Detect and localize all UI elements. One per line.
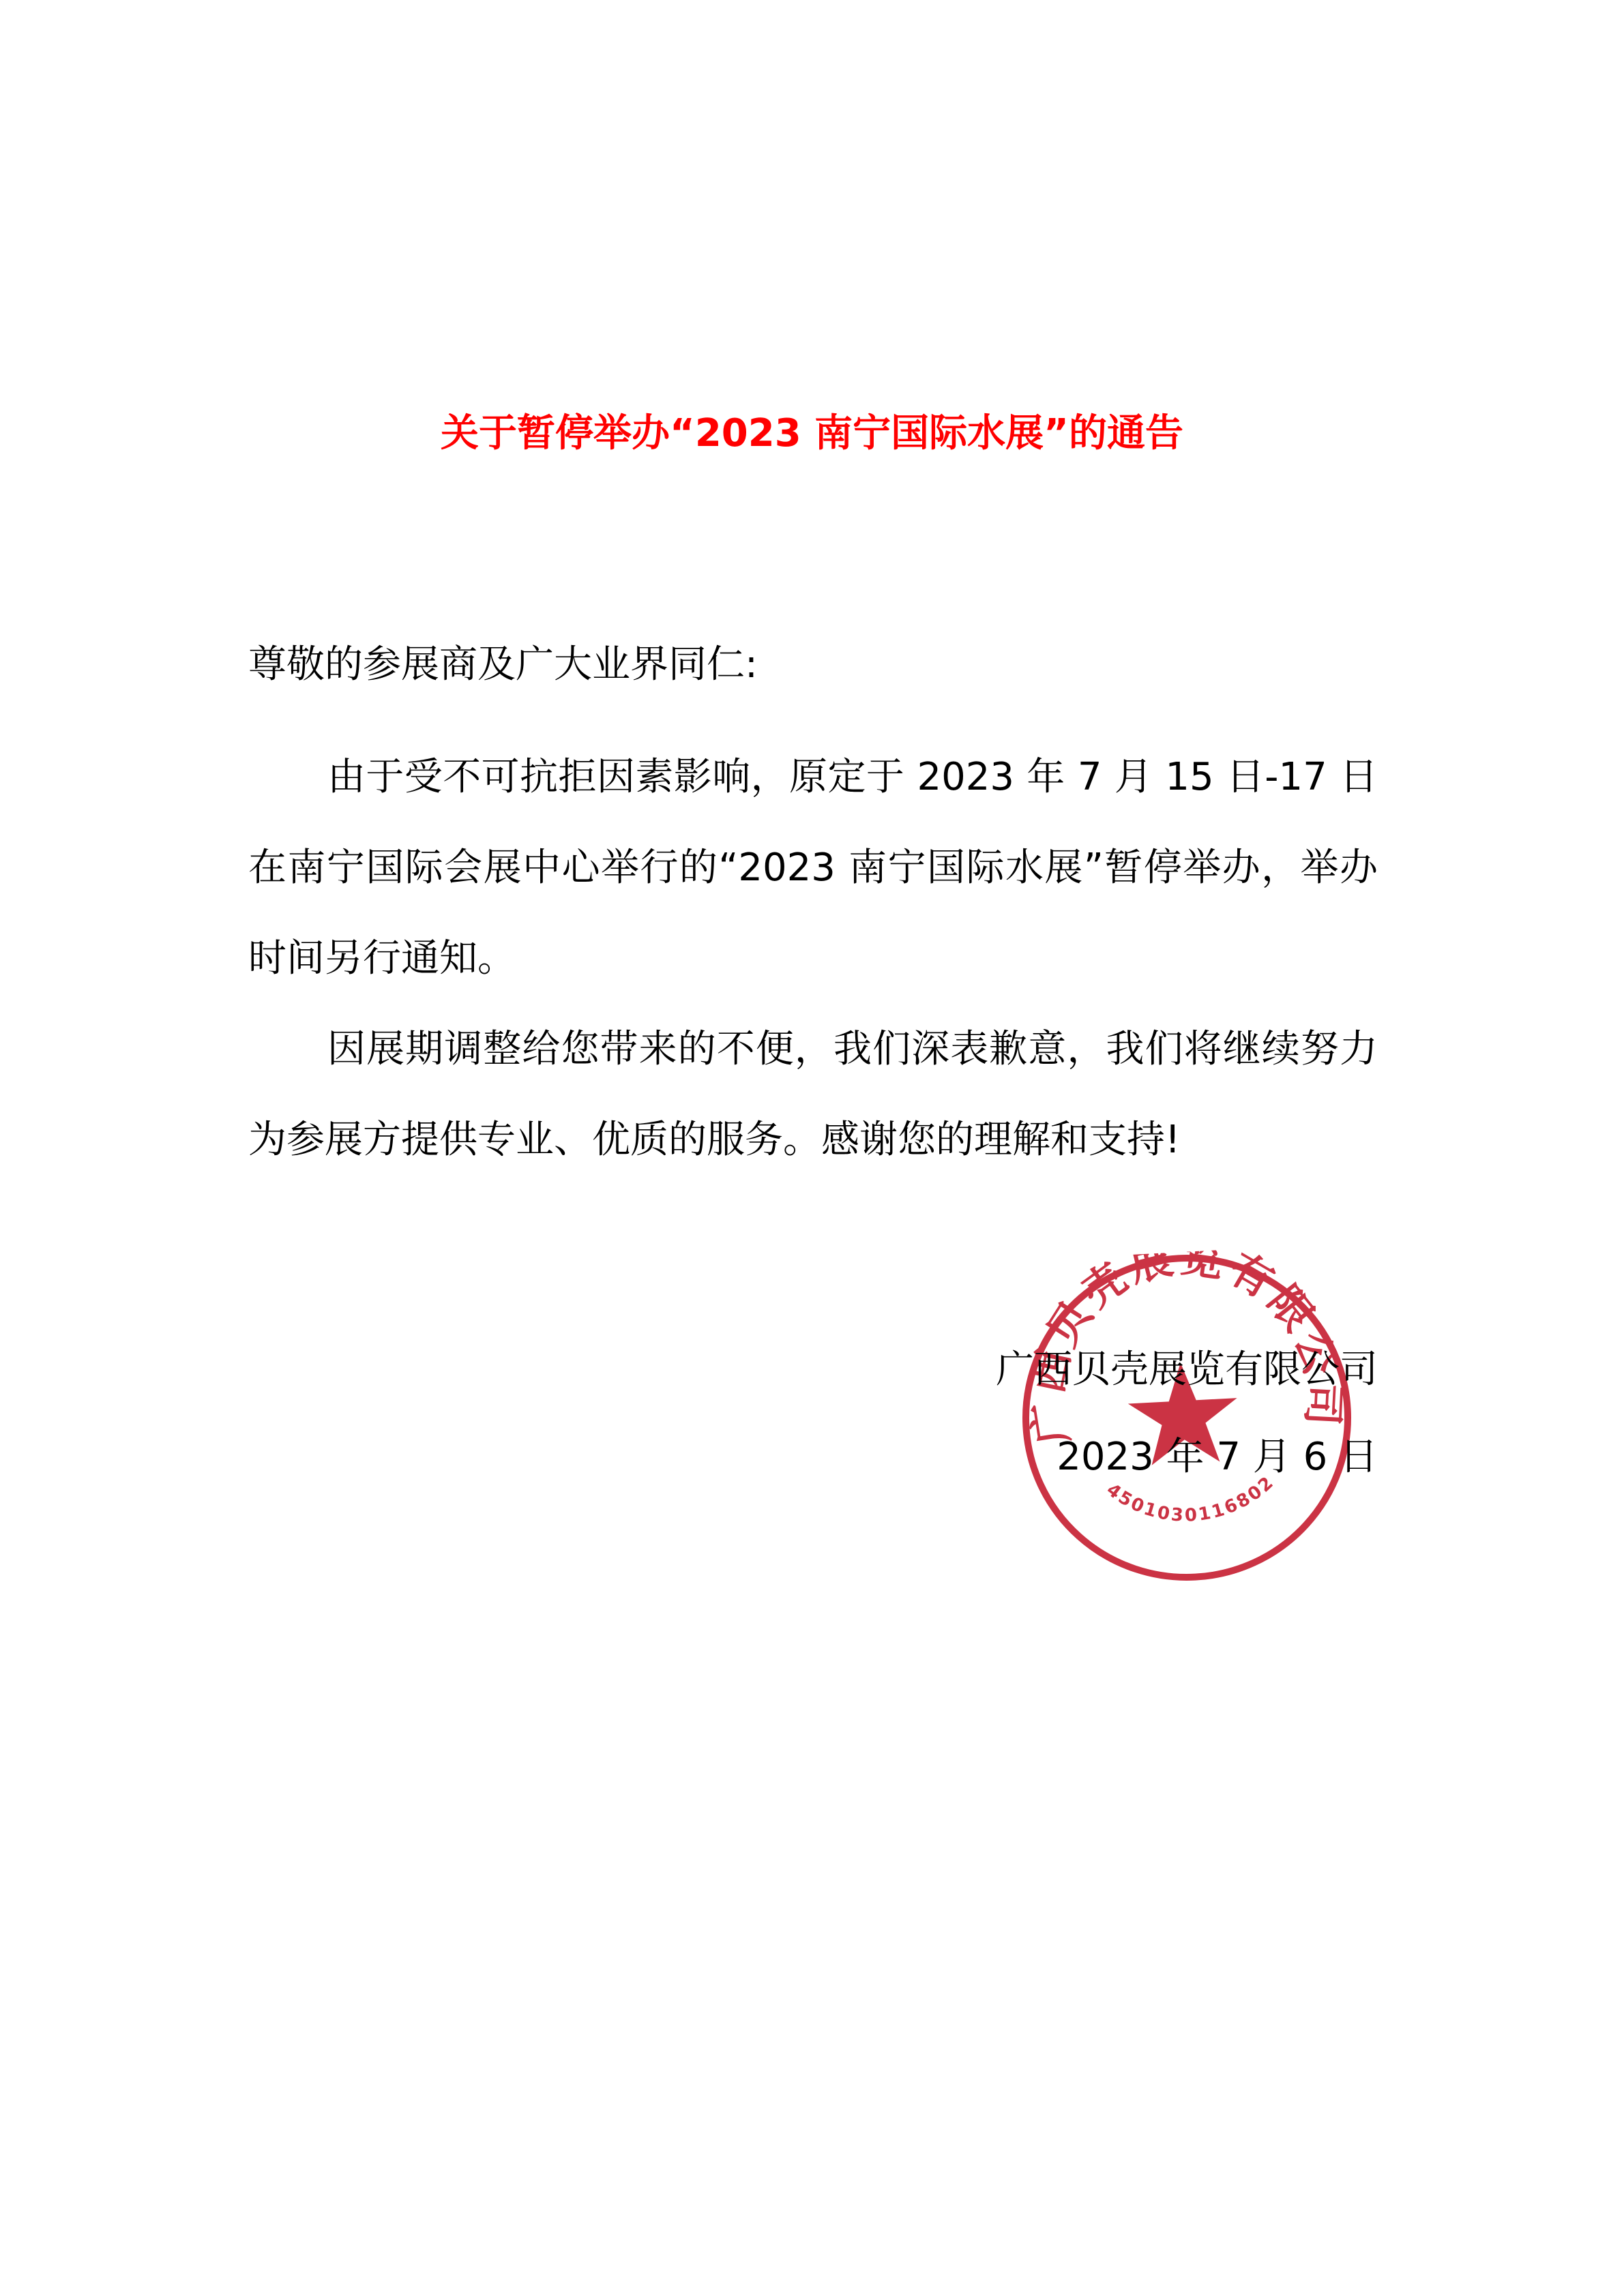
paragraph-apology: 因展期调整给您带来的不便，我们深表歉意，我们将继续努力为参展方提供专业、优质的服… xyxy=(248,1004,1378,1185)
salutation: 尊敬的参展商及广大业界同仁: xyxy=(248,641,1378,732)
notice-title: 关于暂停举办“2023 南宁国际水展”的通告 xyxy=(0,406,1624,461)
seal-code: 4501030116802 xyxy=(1102,1471,1280,1530)
paragraph-postponement: 由于受不可抗拒因素影响，原定于 2023 年 7 月 15 日-17 日在南宁国… xyxy=(248,732,1378,1004)
svg-text:4501030116802: 4501030116802 xyxy=(1102,1471,1280,1530)
star-icon xyxy=(1126,1360,1241,1466)
document-page: 关于暂停举办“2023 南宁国际水展”的通告 尊敬的参展商及广大业界同仁: 由于… xyxy=(0,0,1624,2296)
company-seal: 广西贝壳展览有限公司 4501030116802 xyxy=(1012,1244,1363,1592)
notice-body: 尊敬的参展商及广大业界同仁: 由于受不可抗拒因素影响，原定于 2023 年 7 … xyxy=(248,641,1378,1185)
